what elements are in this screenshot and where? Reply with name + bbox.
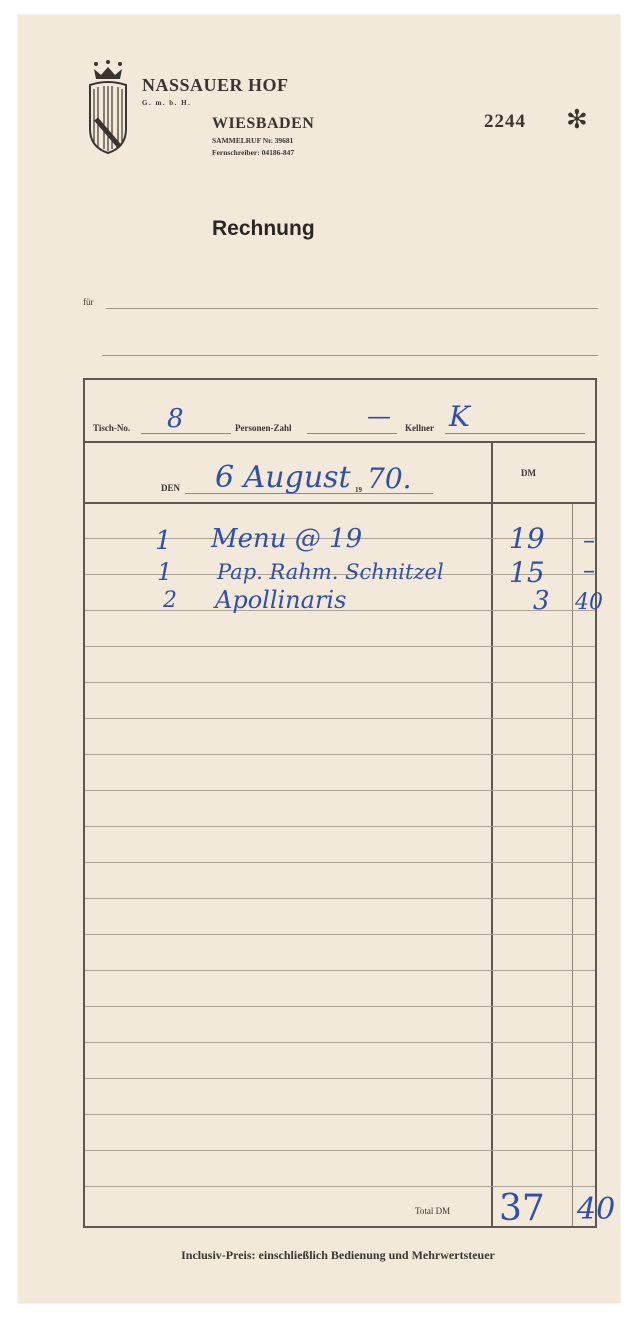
item-dm: 3 bbox=[533, 586, 550, 616]
phone-line-1: SAMMELRUF Nr. 39681 bbox=[212, 136, 293, 145]
city: WIESBADEN bbox=[212, 115, 314, 133]
item-description: Menu @ 19 bbox=[211, 524, 362, 554]
item-pf: – bbox=[583, 556, 595, 584]
company-form: G. m. b. H. bbox=[142, 99, 191, 107]
item-qty: 1 bbox=[157, 558, 172, 586]
waiter-value: K bbox=[449, 400, 470, 433]
date-value: 6 August bbox=[215, 460, 351, 495]
amount-column-divider bbox=[491, 441, 493, 1226]
year-value: 70. bbox=[367, 462, 412, 495]
date-label: DEN bbox=[161, 483, 180, 493]
total-label: Total DM bbox=[415, 1206, 450, 1216]
recipient-label: für bbox=[83, 297, 94, 307]
phone-line-2: Fernschreiber: 04186-847 bbox=[212, 148, 294, 157]
total-pf: 40 bbox=[577, 1192, 615, 1227]
persons-line bbox=[307, 433, 397, 434]
persons-value: — bbox=[367, 402, 391, 430]
recipient-line-1 bbox=[106, 308, 598, 309]
waiter-label: Kellner bbox=[405, 423, 434, 433]
pfennig-column-divider bbox=[572, 504, 573, 1226]
table-number-line bbox=[141, 433, 231, 434]
year-prefix: 19 bbox=[355, 486, 362, 494]
hotel-name: NASSAUER HOF bbox=[142, 75, 289, 96]
item-description: Pap. Rahm. Schnitzel bbox=[217, 560, 444, 584]
receipt-paper: NASSAUER HOF G. m. b. H. WIESBADEN SAMME… bbox=[18, 15, 620, 1303]
recipient-line-2 bbox=[102, 355, 598, 356]
item-pf: – bbox=[583, 526, 595, 554]
waiter-line bbox=[445, 433, 585, 434]
item-qty: 2 bbox=[163, 588, 177, 613]
total-dm: 37 bbox=[499, 1188, 545, 1229]
table-number-label: Tisch-No. bbox=[93, 423, 130, 433]
page-title: Rechnung bbox=[212, 217, 315, 241]
item-qty: 1 bbox=[155, 526, 172, 556]
document-number: 2244 bbox=[484, 111, 526, 133]
item-description: Apollinaris bbox=[215, 586, 346, 614]
item-pf: 40 bbox=[575, 590, 603, 615]
item-dm: 19 bbox=[509, 522, 545, 555]
item-dm: 15 bbox=[509, 556, 545, 589]
persons-label: Personen-Zahl bbox=[235, 423, 292, 433]
currency-header: DM bbox=[521, 468, 536, 478]
footer-note: Inclusiv-Preis: einschließlich Bedienung… bbox=[118, 1248, 558, 1263]
asterisk-icon: ✻ bbox=[566, 105, 588, 135]
invoice-table: Tisch-No. 8 Personen-Zahl — Kellner K DE… bbox=[83, 378, 597, 1228]
table-number-value: 8 bbox=[167, 404, 184, 434]
crown-crest-logo-icon bbox=[86, 59, 130, 155]
